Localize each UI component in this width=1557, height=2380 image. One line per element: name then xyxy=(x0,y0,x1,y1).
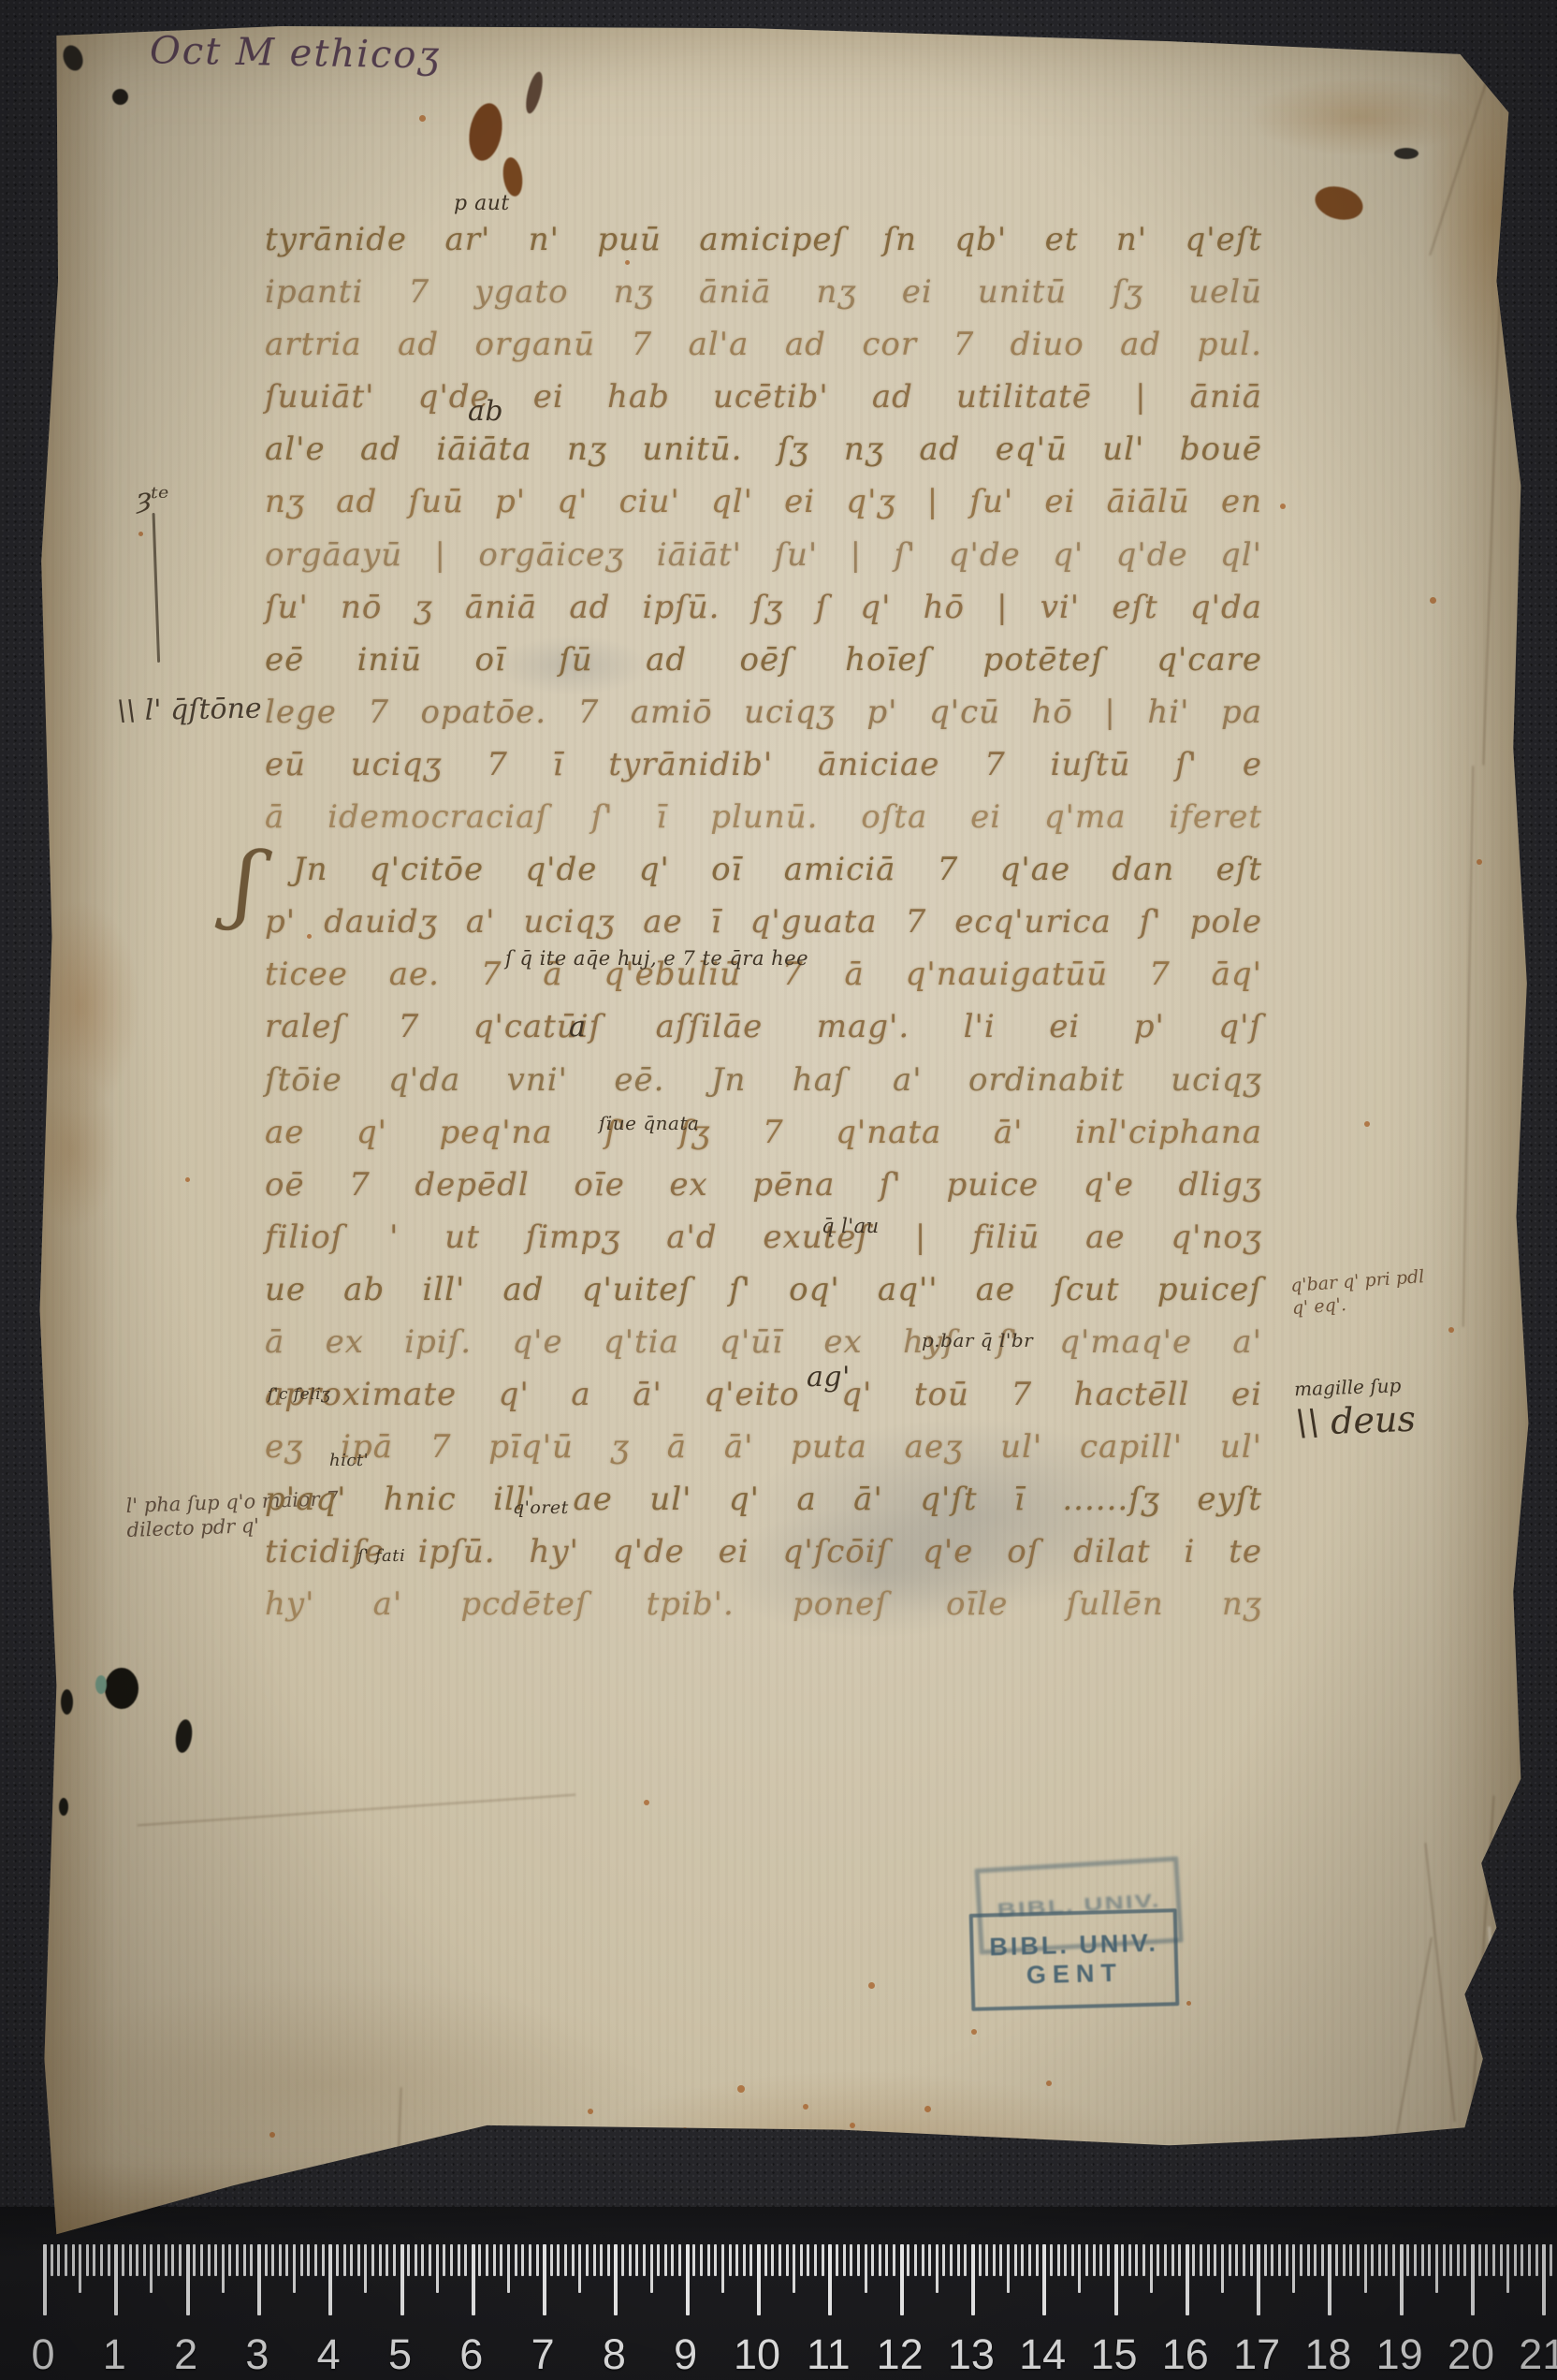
ruler-mm-tick xyxy=(1200,2244,1202,2276)
ruler-mm-tick xyxy=(607,2244,610,2276)
ruler-mm-tick xyxy=(1421,2244,1424,2276)
manuscript-line: ſuuiāt' q'de ei hab ucētib' ad utilitatē… xyxy=(265,378,1262,431)
manuscript-line: eē iniū oī ſū ad oēſ hoīeſ potēteſ q'car… xyxy=(265,641,1262,694)
ruler-cm-tick xyxy=(257,2244,261,2315)
ruler-mm-tick xyxy=(865,2244,867,2293)
crease-line xyxy=(1469,1795,1494,2131)
ruler-mm-tick xyxy=(1500,2244,1503,2276)
ruler-mm-tick xyxy=(1321,2244,1324,2276)
ruler-mm-tick xyxy=(1428,2244,1431,2276)
ruler-mm-tick xyxy=(586,2244,589,2276)
rust-speckle xyxy=(1430,597,1436,604)
manuscript-line: tyrānide ar' n' puū amicipeſ ſn qb' et n… xyxy=(265,221,1262,273)
ruler-mm-tick xyxy=(72,2244,75,2276)
ruler-mm-tick xyxy=(450,2244,453,2276)
ruler-mm-tick xyxy=(493,2244,496,2276)
manuscript-line: al'e ad iāiāta nʒ unitū. ſʒ nʒ ad eq'ū u… xyxy=(265,431,1262,483)
ruler-mm-tick xyxy=(822,2244,824,2276)
parchment-page: Oct M ethicoʒȝᵗᵉ\\ l' q̄ſtōnel' pha ſup … xyxy=(26,17,1542,2239)
ruler-mm-tick xyxy=(364,2244,367,2293)
ruler-mm-tick xyxy=(1514,2244,1517,2276)
ruler-mm-tick xyxy=(743,2244,746,2276)
ruler-mm-tick xyxy=(1535,2244,1538,2276)
ruler-mm-tick xyxy=(600,2244,603,2276)
ink-spot xyxy=(60,42,86,73)
ruler-number: 14 xyxy=(1019,2330,1066,2379)
ruler-mm-tick xyxy=(993,2244,996,2276)
ruler-mm-tick xyxy=(421,2244,424,2276)
ruler-mm-tick xyxy=(1378,2244,1381,2276)
ruler-mm-tick xyxy=(1157,2244,1159,2276)
ink-spot xyxy=(105,1668,138,1709)
ruler-mm-tick xyxy=(1364,2244,1367,2293)
ruler-mm-tick xyxy=(650,2244,653,2293)
ruler-mm-tick xyxy=(1385,2244,1388,2276)
quire-mark-tail xyxy=(153,513,161,663)
ruler-mm-tick xyxy=(1093,2244,1096,2276)
ruler-mm-tick xyxy=(1449,2244,1452,2276)
ruler-mm-tick xyxy=(1021,2244,1024,2276)
margin-note-inscription: Oct M ethicoʒ xyxy=(150,27,442,79)
margin-note-nota-deus: magille ſup\\ deus xyxy=(1294,1374,1417,1446)
ruler-number: 4 xyxy=(317,2330,341,2379)
interlinear-gloss: hict' xyxy=(329,1451,369,1470)
ruler-mm-tick xyxy=(150,2244,153,2293)
ruler-mm-tick xyxy=(1357,2244,1360,2276)
crease-line xyxy=(1488,1926,1506,2141)
margin-note-line: Oct M ethicoʒ xyxy=(150,27,442,79)
ruler-mm-tick xyxy=(1128,2244,1131,2276)
ruler-mm-tick xyxy=(1406,2244,1409,2276)
ruler-mm-tick xyxy=(521,2244,524,2276)
ruler-cm-tick xyxy=(114,2244,118,2315)
interlinear-gloss: q'oret xyxy=(513,1497,569,1518)
interlinear-gloss: ag' xyxy=(807,1361,851,1394)
manuscript-line: ā ex ipiſ. q'e q'tia q'ūī ex hyſ ſ' q'ma… xyxy=(265,1323,1262,1376)
ruler-cm-tick xyxy=(1471,2244,1475,2315)
ruler-mm-tick xyxy=(193,2244,196,2276)
ruler-mm-tick xyxy=(643,2244,646,2276)
ruler-mm-tick xyxy=(1178,2244,1181,2276)
ruler-number: 15 xyxy=(1090,2330,1137,2379)
ruler-number: 8 xyxy=(603,2330,626,2379)
ruler-cm-tick xyxy=(614,2244,618,2315)
ruler-mm-tick xyxy=(165,2244,167,2276)
ruler-mm-tick xyxy=(778,2244,781,2276)
ruler-mm-tick xyxy=(922,2244,924,2276)
ruler-mm-tick xyxy=(1414,2244,1417,2276)
manuscript-line: Jn q'citōe q'de q' oī amiciā 7 q'ae dan … xyxy=(265,851,1262,903)
ruler-mm-tick xyxy=(371,2244,374,2276)
ruler-mm-tick xyxy=(735,2244,738,2276)
ruler-number: 10 xyxy=(734,2330,780,2379)
ruler-mm-tick xyxy=(1349,2244,1352,2276)
interlinear-gloss: ſ' fati xyxy=(357,1546,405,1566)
ink-spot xyxy=(95,1675,107,1694)
ruler-mm-tick xyxy=(108,2244,110,2276)
manuscript-line: eū uciqʒ 7 ī tyrānidib' āniciae 7 iuſtū … xyxy=(265,746,1262,798)
ruler-mm-tick xyxy=(593,2244,596,2276)
ruler-mm-tick xyxy=(664,2244,667,2276)
ruler-mm-tick xyxy=(907,2244,909,2276)
ruler-cm-tick xyxy=(900,2244,904,2315)
ruler-mm-tick xyxy=(1463,2244,1466,2276)
rust-speckle xyxy=(681,2127,689,2135)
ruler-mm-tick xyxy=(1050,2244,1053,2276)
ruler-mm-tick xyxy=(379,2244,382,2276)
ruler-mm-tick xyxy=(707,2244,710,2276)
manuscript-photo: 0123456789101112131415161718192021 Oct M… xyxy=(0,0,1557,2380)
ruler-mm-tick xyxy=(1235,2244,1238,2276)
ruler-mm-tick xyxy=(1307,2244,1310,2276)
ink-spot xyxy=(112,89,128,105)
manuscript-line: orgāayū | orgāiceʒ iāiāt' ſu' | ſ' q'de … xyxy=(265,536,1262,589)
ruler-mm-tick xyxy=(1150,2244,1153,2293)
ruler-mm-tick xyxy=(322,2244,325,2276)
ink-spot xyxy=(1311,182,1366,225)
rust-speckle xyxy=(868,1982,875,1989)
ruler-mm-tick xyxy=(1371,2244,1374,2276)
ruler-mm-tick xyxy=(1221,2244,1224,2293)
main-text-block: tyrānide ar' n' puū amicipeſ ſn qb' et n… xyxy=(265,221,1262,1639)
margin-note-line: ȝᵗᵉ xyxy=(136,480,169,517)
interlinear-gloss: p aut xyxy=(454,192,510,215)
ruler-number: 21 xyxy=(1519,2330,1557,2379)
ruler-mm-tick xyxy=(936,2244,939,2293)
interlinear-gloss: q̄ l'au xyxy=(822,1215,880,1237)
ruler-mm-tick xyxy=(1435,2244,1438,2293)
ruler-mm-tick xyxy=(1071,2244,1074,2276)
interlinear-gloss: ab xyxy=(468,395,503,428)
ruler-mm-tick xyxy=(1286,2244,1288,2276)
ruler-mm-tick xyxy=(429,2244,431,2276)
ruler-mm-tick xyxy=(729,2244,732,2276)
ruler-mm-tick xyxy=(1192,2244,1195,2276)
rust-speckle xyxy=(924,2106,931,2112)
ruler-mm-tick xyxy=(336,2244,339,2276)
ruler-mm-tick xyxy=(293,2244,296,2293)
ruler-mm-tick xyxy=(515,2244,517,2276)
rust-speckle xyxy=(138,532,143,536)
interlinear-gloss: p.bar q̄ l'br xyxy=(922,1329,1033,1351)
ruler-mm-tick xyxy=(771,2244,774,2276)
ruler-mm-tick xyxy=(1121,2244,1124,2276)
ruler-mm-tick xyxy=(1443,2244,1446,2276)
ruler-mm-tick xyxy=(1164,2244,1167,2276)
ruler-mm-tick xyxy=(1057,2244,1060,2276)
ruler-mm-tick xyxy=(557,2244,560,2276)
manuscript-line: ipanti 7 ygato nʒ āniā nʒ ei unitū ſʒ ue… xyxy=(265,273,1262,326)
ruler-cm-tick xyxy=(1328,2244,1331,2315)
ink-spot xyxy=(1394,148,1419,159)
ruler-mm-tick xyxy=(1064,2244,1067,2276)
ruler-mm-tick xyxy=(1171,2244,1174,2276)
ruler-mm-tick xyxy=(572,2244,575,2276)
ruler-mm-tick xyxy=(57,2244,60,2276)
ruler-mm-tick xyxy=(578,2244,581,2293)
ruler-mm-tick xyxy=(786,2244,789,2276)
rust-speckle xyxy=(971,2029,977,2035)
ruler-mm-tick xyxy=(436,2244,439,2293)
manuscript-line: aproximate q' a ā' q'eito q' toū 7 hactē… xyxy=(265,1376,1262,1428)
interlinear-gloss: a xyxy=(569,1011,586,1044)
ruler-mm-tick xyxy=(793,2244,795,2293)
rust-speckle xyxy=(1364,1121,1370,1127)
ruler-mm-tick xyxy=(999,2244,1002,2276)
ruler-number: 13 xyxy=(948,2330,995,2379)
ruler-mm-tick xyxy=(51,2244,53,2276)
ruler-mm-tick xyxy=(357,2244,360,2276)
ruler-mm-tick xyxy=(914,2244,917,2276)
interlinear-gloss: ſ'c feliʒ xyxy=(268,1385,330,1404)
ruler-mm-tick xyxy=(1485,2244,1488,2276)
ruler-mm-tick xyxy=(1264,2244,1267,2276)
crease-line xyxy=(1505,1851,1523,2151)
ruler-mm-tick xyxy=(928,2244,931,2276)
ruler-mm-tick xyxy=(279,2244,282,2276)
ruler-mm-tick xyxy=(671,2244,674,2276)
ruler-mm-tick xyxy=(950,2244,953,2276)
ruler-mm-tick xyxy=(122,2244,124,2276)
rust-speckle xyxy=(803,2104,808,2110)
ink-spot xyxy=(59,1798,68,1816)
ruler-mm-tick xyxy=(200,2244,203,2276)
ruler: 0123456789101112131415161718192021 xyxy=(0,2207,1557,2380)
ruler-mm-tick xyxy=(1335,2244,1338,2276)
ruler-mm-tick xyxy=(1392,2244,1395,2276)
ruler-mm-tick xyxy=(1292,2244,1295,2293)
ruler-mm-tick xyxy=(700,2244,703,2276)
rust-speckle xyxy=(1280,504,1286,509)
ruler-cm-tick xyxy=(472,2244,475,2315)
ruler-mm-tick xyxy=(1478,2244,1481,2276)
ruler-cm-tick xyxy=(828,2244,832,2315)
manuscript-line: hy' a' pcdēteſ tpib'. poneſ oīle ſullēn … xyxy=(265,1585,1262,1638)
stamp-line1: BIBL. UNIV. xyxy=(989,1929,1158,1963)
ruler-mm-tick xyxy=(79,2244,81,2293)
ruler-mm-tick xyxy=(458,2244,460,2276)
ruler-mm-tick xyxy=(692,2244,695,2276)
ruler-cm-tick xyxy=(186,2244,190,2315)
ruler-number: 6 xyxy=(459,2330,483,2379)
paragraph-mark: ʃ xyxy=(230,832,260,933)
ruler-mm-tick xyxy=(415,2244,417,2276)
ruler-mm-tick xyxy=(1036,2244,1039,2276)
ruler-mm-tick xyxy=(1278,2244,1281,2276)
manuscript-line: lege 7 opatōe. 7 amiō uciqʒ p' q'cū hō |… xyxy=(265,694,1262,746)
manuscript-line: nʒ ad ſuū p' q' ciu' ql' ei q'ʒ | ſu' ei… xyxy=(265,483,1262,535)
ruler-mm-tick xyxy=(964,2244,967,2276)
ruler-mm-tick xyxy=(157,2244,160,2276)
interlinear-gloss: ſiue q̄nata xyxy=(599,1112,699,1134)
ruler-number: 17 xyxy=(1233,2330,1280,2379)
ruler-cm-tick xyxy=(1257,2244,1260,2315)
ruler-mm-tick xyxy=(857,2244,860,2276)
ink-spot xyxy=(61,1689,73,1715)
ruler-mm-tick xyxy=(678,2244,681,2276)
ruler-mm-tick xyxy=(86,2244,89,2276)
ruler-number: 20 xyxy=(1448,2330,1494,2379)
ruler-cm-tick xyxy=(757,2244,761,2315)
ruler-mm-tick xyxy=(136,2244,138,2276)
ruler-mm-tick xyxy=(1243,2244,1245,2276)
ruler-mm-tick xyxy=(1135,2244,1138,2276)
ruler-mm-tick xyxy=(307,2244,310,2276)
crease-line xyxy=(1391,1937,1433,2159)
ruler-mm-tick xyxy=(1506,2244,1509,2293)
manuscript-line: eʒ ipā 7 pīq'ū ʒ ā ā' puta aeʒ ul' capil… xyxy=(265,1428,1262,1481)
manuscript-line: p'aq' hnic ill' ae ul' q' a ā' q'ſt ī ..… xyxy=(265,1481,1262,1533)
ruler-mm-tick xyxy=(393,2244,396,2276)
ruler-mm-tick xyxy=(629,2244,632,2276)
margin-note-nota-quaestione: \\ l' q̄ſtōne xyxy=(117,692,262,729)
rust-speckle xyxy=(419,115,426,122)
ink-spot xyxy=(174,1718,195,1754)
ruler-mm-tick xyxy=(1229,2244,1231,2276)
margin-note-line: \\ l' q̄ſtōne xyxy=(117,692,262,729)
ruler-number: 5 xyxy=(388,2330,412,2379)
ruler-mm-tick xyxy=(507,2244,510,2293)
ruler-mm-tick xyxy=(93,2244,95,2276)
ruler-mm-tick xyxy=(179,2244,182,2276)
ruler-cm-tick xyxy=(1114,2244,1118,2315)
ruler-mm-tick xyxy=(764,2244,767,2276)
ruler-number: 9 xyxy=(674,2330,697,2379)
ruler-mm-tick xyxy=(893,2244,895,2276)
manuscript-line: ā idemocraciaſ ſ' ī plunū. oſta ei q'ma … xyxy=(265,798,1262,851)
ruler-mm-tick xyxy=(1085,2244,1088,2276)
ruler-cm-tick xyxy=(43,2244,47,2315)
ruler-number: 18 xyxy=(1304,2330,1351,2379)
manuscript-line: ſu' nō ʒ āniā ad ipſū. ſʒ ſ q' hō | vi' … xyxy=(265,589,1262,641)
ruler-cm-tick xyxy=(1042,2244,1046,2315)
ruler-mm-tick xyxy=(621,2244,624,2276)
ruler-cm-tick xyxy=(400,2244,404,2315)
rust-speckle xyxy=(1046,2081,1052,2086)
manuscript-line: ſtōie q'da vni' eē. Jn haſ a' ordinabit … xyxy=(265,1061,1262,1114)
manuscript-line: raleſ 7 q'catūiſ aſſilāe mag'. l'i ei p'… xyxy=(265,1008,1262,1060)
ruler-mm-tick xyxy=(300,2244,303,2276)
crease-line xyxy=(1429,78,1489,256)
ruler-mm-tick xyxy=(1550,2244,1552,2276)
ruler-mm-tick xyxy=(550,2244,553,2276)
ruler-mm-tick xyxy=(314,2244,317,2276)
ruler-number: 19 xyxy=(1376,2330,1423,2379)
ruler-mm-tick xyxy=(285,2244,288,2276)
ruler-mm-tick xyxy=(879,2244,881,2276)
ruler-mm-tick xyxy=(635,2244,638,2276)
rust-speckle xyxy=(1448,1327,1454,1333)
ruler-cm-tick xyxy=(1186,2244,1189,2315)
ruler-mm-tick xyxy=(1142,2244,1145,2276)
ruler-mm-tick xyxy=(222,2244,225,2293)
rust-speckle xyxy=(737,2085,745,2093)
ruler-mm-tick xyxy=(171,2244,174,2276)
ruler-mm-tick xyxy=(350,2244,353,2276)
ruler-mm-tick xyxy=(1078,2244,1081,2293)
manuscript-line: ae q' peq'na ſ' ſʒ 7 q'nata ā' inl'cipha… xyxy=(265,1114,1262,1166)
ruler-mm-tick xyxy=(1099,2244,1102,2276)
ruler-mm-tick xyxy=(464,2244,467,2276)
ruler-mm-tick xyxy=(721,2244,724,2293)
manuscript-line: ue ab ill' ad q'uiteſ ſ' oq' aq'' ae ſcu… xyxy=(265,1271,1262,1323)
rust-speckle xyxy=(1186,2001,1191,2006)
ruler-mm-tick xyxy=(65,2244,67,2276)
ruler-mm-tick xyxy=(1207,2244,1210,2276)
ruler-cm-tick xyxy=(543,2244,546,2315)
ruler-mm-tick xyxy=(1457,2244,1460,2276)
ruler-mm-tick xyxy=(386,2244,388,2276)
margin-note-line: \\ deus xyxy=(1295,1397,1417,1446)
ruler-mm-tick xyxy=(1007,2244,1010,2293)
rust-speckle xyxy=(850,2123,855,2128)
crease-line xyxy=(1482,298,1500,766)
ruler-mm-tick xyxy=(529,2244,531,2276)
crease-line xyxy=(138,1794,576,1827)
ruler-cm-tick xyxy=(328,2244,332,2315)
ruler-mm-tick xyxy=(407,2244,410,2276)
interlinear-gloss: ſ q̄ ite aq̄e huj, e 7 te q̄ra hee xyxy=(505,947,808,970)
ruler-mm-tick xyxy=(1250,2244,1253,2276)
ruler-mm-tick xyxy=(564,2244,567,2276)
crease-line xyxy=(1462,766,1474,1327)
ruler-mm-tick xyxy=(1014,2244,1017,2276)
ruler-mm-tick xyxy=(443,2244,445,2276)
ruler-mm-tick xyxy=(850,2244,852,2276)
ruler-mm-tick xyxy=(843,2244,846,2276)
ruler-mm-tick xyxy=(250,2244,253,2276)
ruler-mm-tick xyxy=(100,2244,103,2276)
ruler-mm-tick xyxy=(1314,2244,1317,2276)
ruler-mm-tick xyxy=(536,2244,539,2276)
ink-spot xyxy=(465,101,506,164)
ruler-mm-tick xyxy=(271,2244,274,2276)
margin-note-nota-qbar: q'bar q' pri pdlq' eq'. xyxy=(1290,1266,1427,1320)
ruler-mm-tick xyxy=(214,2244,217,2276)
ruler-mm-tick xyxy=(478,2244,481,2276)
manuscript-line: oē 7 depēdl oīe ex pēna ſ' puice q'e dli… xyxy=(265,1166,1262,1219)
ruler-mm-tick xyxy=(957,2244,960,2276)
ruler-number: 2 xyxy=(174,2330,197,2379)
manuscript-line: filioſ ' ut ſimpʒ a'd exuteſ | filiū ae … xyxy=(265,1219,1262,1271)
ruler-mm-tick xyxy=(814,2244,817,2276)
ruler-number: 0 xyxy=(31,2330,54,2379)
ruler-mm-tick xyxy=(1214,2244,1216,2276)
ruler-mm-tick xyxy=(836,2244,838,2276)
ink-spot xyxy=(523,70,546,115)
ruler-mm-tick xyxy=(500,2244,502,2276)
ruler-mm-tick xyxy=(1107,2244,1110,2276)
ruler-cm-tick xyxy=(971,2244,975,2315)
ruler-number: 12 xyxy=(877,2330,924,2379)
ruler-mm-tick xyxy=(1492,2244,1495,2276)
ruler-number: 1 xyxy=(103,2330,126,2379)
ruler-mm-tick xyxy=(942,2244,945,2276)
ruler-mm-tick xyxy=(208,2244,211,2276)
ruler-mm-tick xyxy=(228,2244,231,2276)
library-stamp: BIBL. UNIV. GENT xyxy=(969,1908,1180,2011)
rust-speckle xyxy=(588,2109,593,2114)
ruler-mm-tick xyxy=(129,2244,132,2276)
ruler-mm-tick xyxy=(807,2244,809,2276)
ruler-mm-tick xyxy=(1300,2244,1302,2276)
ruler-mm-tick xyxy=(1343,2244,1346,2276)
ruler-mm-tick xyxy=(1028,2244,1031,2276)
ruler-cm-tick xyxy=(1400,2244,1404,2315)
ruler-mm-tick xyxy=(265,2244,268,2276)
ruler-number: 16 xyxy=(1162,2330,1209,2379)
ruler-cm-tick xyxy=(686,2244,690,2315)
